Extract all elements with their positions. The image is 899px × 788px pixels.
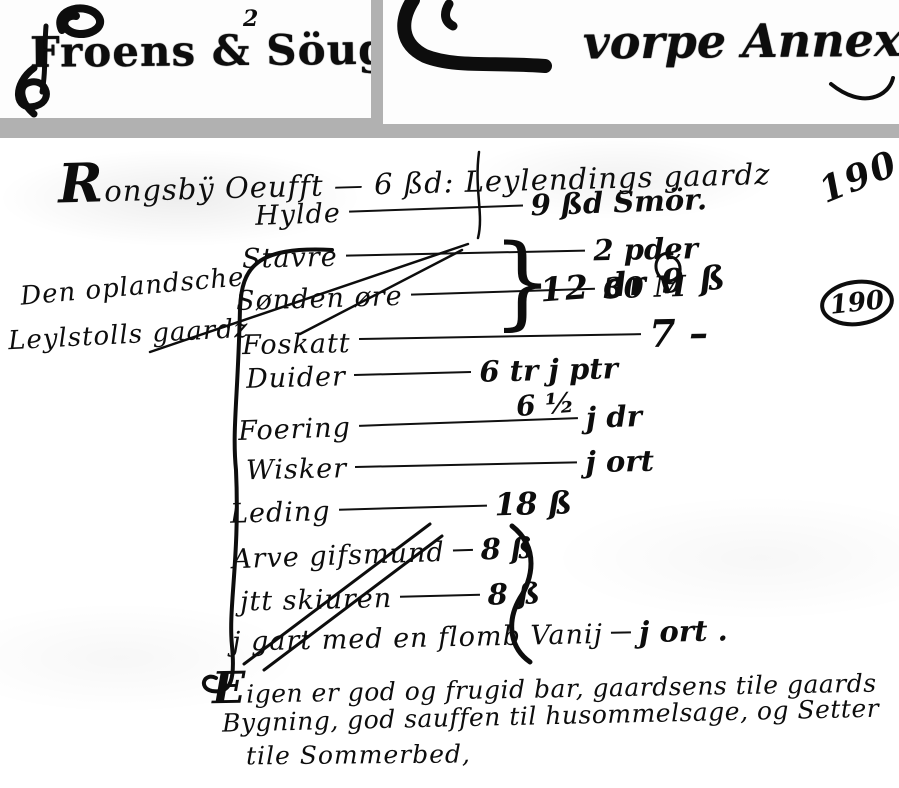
scan-gray-band: Froens & Söugen 2 vorpe Annexᵉ	[0, 0, 899, 138]
folio-number: 190	[813, 142, 899, 211]
entry-label: Arve gifsmund	[232, 537, 446, 575]
entry-value: 9 ßd Smör.	[530, 182, 707, 222]
ledger-row: Foering j dr	[238, 399, 643, 447]
footer-line3: tile Sommerbed,	[246, 739, 566, 771]
entry-value: 8 ß	[480, 531, 533, 567]
entry-value: 7 –	[649, 310, 708, 356]
entry-label: Foskatt	[242, 328, 351, 361]
manuscript-scan: Froens & Söugen 2 vorpe Annexᵉ Rongsbÿ O…	[0, 0, 899, 788]
entry-value: j ort .	[639, 613, 729, 649]
header-strip-left: Froens & Söugen 2	[0, 0, 371, 118]
folio-number-circled: 190	[818, 278, 896, 328]
header-title-right: vorpe Annexᵉ	[583, 13, 899, 70]
manuscript-page: Rongsbÿ Oeufft — 6 ßd: Leylendings gaard…	[0, 138, 899, 788]
dash-leader	[359, 417, 578, 427]
entry-value: 18 ß	[494, 485, 572, 523]
dash-leader	[400, 594, 480, 598]
entry-value: j dr	[585, 399, 642, 435]
dash-leader	[611, 631, 631, 633]
entry-label: Wisker	[246, 453, 348, 486]
dash-leader	[355, 461, 577, 468]
dash-leader	[349, 205, 523, 213]
entry-label: Foering	[238, 412, 352, 447]
entry-value: j ort	[585, 444, 654, 479]
ledger-row: j gart med en flomb Vanij j ort .	[232, 616, 588, 657]
ledger-row: Leding 18 ß	[230, 485, 573, 531]
margin-note-line2: Leylstolls gaardz	[7, 314, 249, 357]
header-title-left-superscript: 2	[243, 6, 258, 32]
entry-label: Stavre	[242, 242, 338, 275]
entry-label: j gart med en flomb Vanij	[232, 619, 604, 658]
dash-leader	[453, 549, 473, 552]
ledger-row: Arve gifsmund 8 ß	[231, 531, 532, 575]
entry-label: Hylde	[255, 198, 342, 232]
ledger-row: Wisker j ort	[246, 444, 655, 487]
entry-label: Duider	[246, 361, 347, 395]
entry-label: Sønden øre	[236, 281, 403, 317]
entry-value: 8 ß	[487, 576, 540, 611]
entry-label: Leding	[230, 496, 331, 530]
dash-leader	[338, 505, 486, 511]
entry-label: jtt skiuren	[240, 583, 393, 618]
header-strip-right: vorpe Annexᵉ	[383, 0, 899, 124]
header-title-left: Froens & Söugen	[30, 24, 371, 77]
ledger-row: jtt skiuren 8 ß	[240, 576, 541, 617]
dash-leader	[354, 371, 472, 376]
entry-value: 6 tr j ptr	[479, 351, 618, 389]
margin-note-line1: Den oplandsche	[19, 262, 246, 311]
